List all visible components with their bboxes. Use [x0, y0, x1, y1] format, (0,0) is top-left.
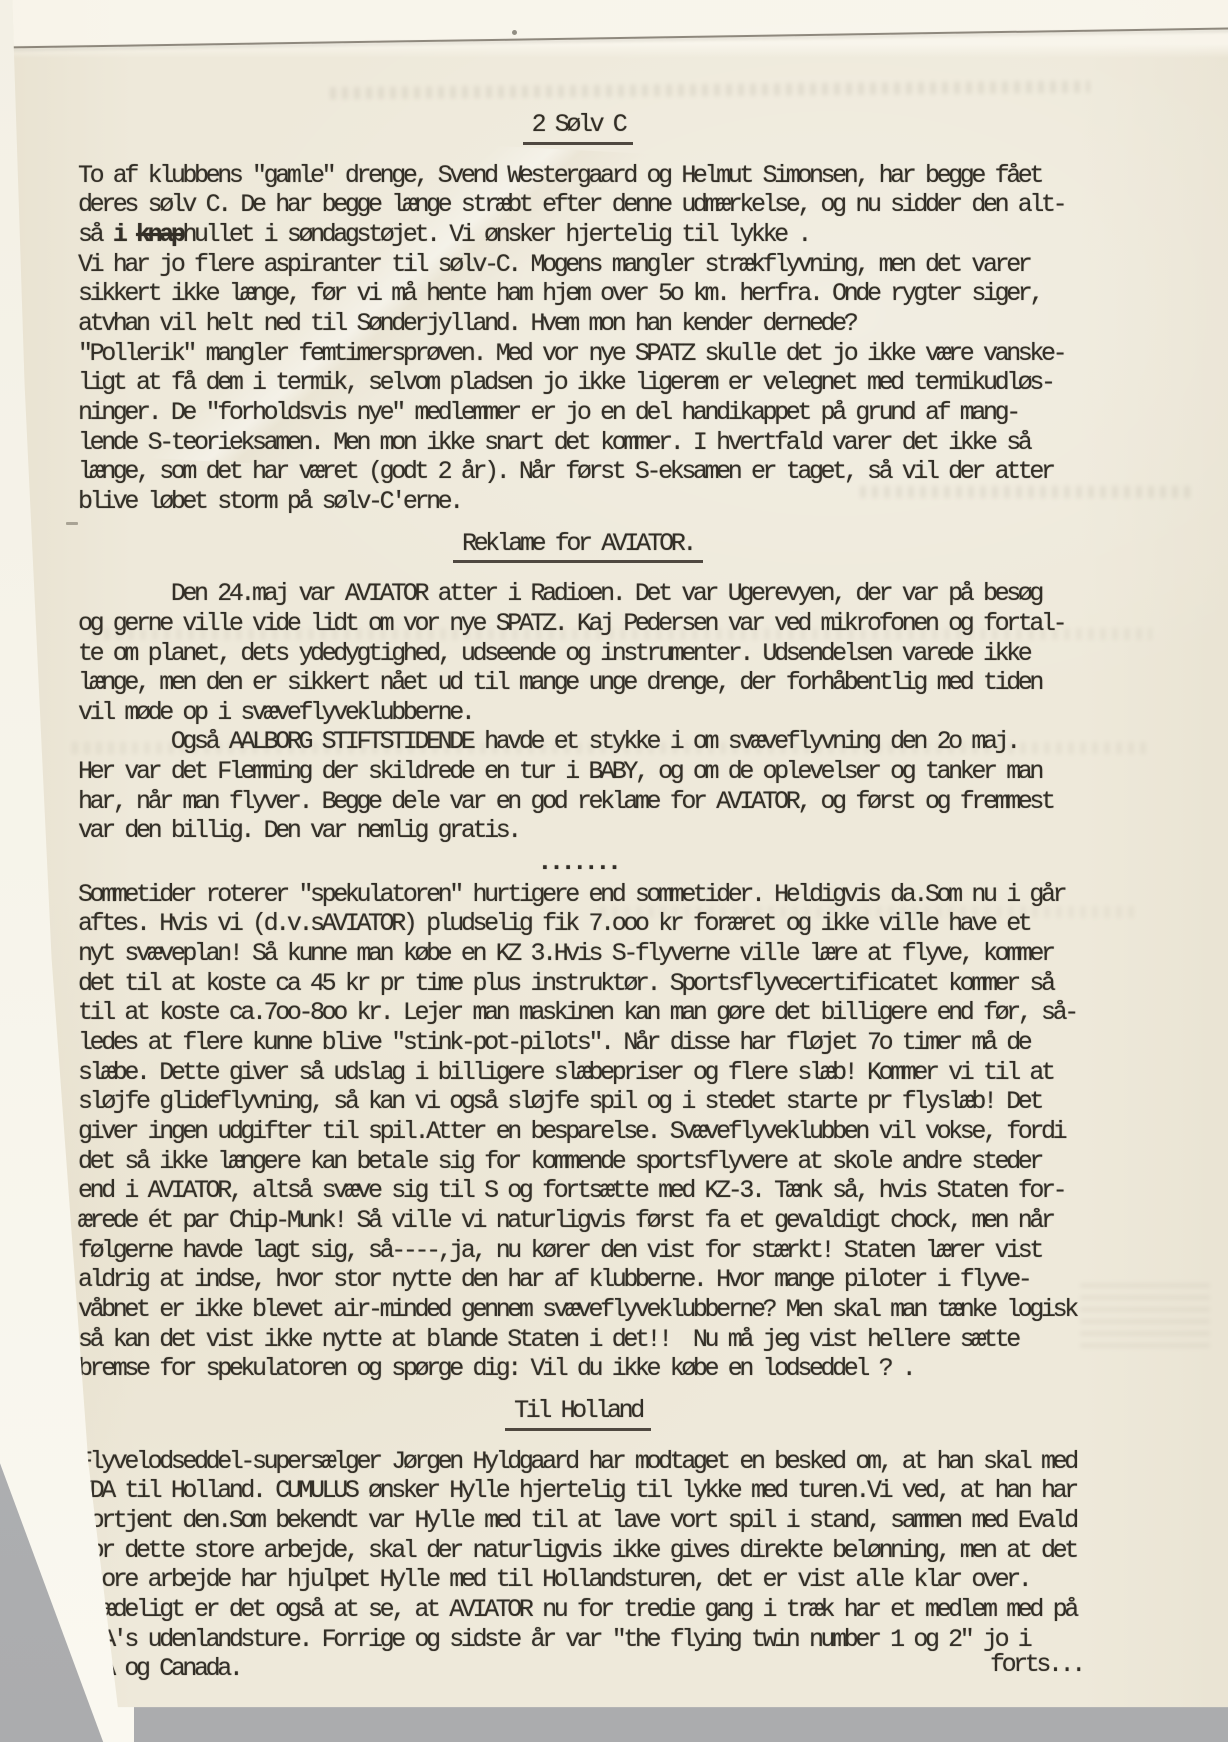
- text-line: bremse for spekulatoren og spørge dig: V…: [78, 1354, 1078, 1384]
- text-segment: så: [78, 220, 113, 249]
- text-line: Her var det Flemming der skildrede en tu…: [78, 757, 1078, 787]
- paper-sheet: 2 Sølv CTo af klubbens "gamle" drenge, S…: [0, 0, 1228, 1742]
- text-line: vil møde op i svæveflyveklubberne.: [78, 698, 1078, 728]
- section-heading-text: 2 Sølv C: [523, 110, 634, 145]
- text-line: slæbe. Dette giver så udslag i billigere…: [78, 1058, 1078, 1088]
- text-line: ligt at få dem i termik, selvom pladsen …: [78, 368, 1078, 398]
- text-line: ærede ét par Chip-Munk! Så ville vi natu…: [78, 1206, 1078, 1236]
- text-line: KDA's udenlandsture. Forrige og sidste å…: [78, 1625, 1078, 1655]
- paragraph: Den 24.maj var AVIATOR atter i Radioen. …: [78, 579, 1078, 846]
- text-line: giver ingen udgifter til spil.Atter en b…: [78, 1117, 1078, 1147]
- text-line: aldrig at indse, hvor stor nytte den har…: [78, 1265, 1078, 1295]
- section-heading-text: Reklame for AVIATOR.: [453, 529, 703, 564]
- dots-separator: .......: [78, 848, 1078, 878]
- text-line: sløjfe glideflyvning, så kan vi også slø…: [78, 1087, 1078, 1117]
- text-line: Også AALBORG STIFTSTIDENDE havde et styk…: [78, 727, 1078, 757]
- paragraph: Flyvelodseddel-supersælger Jørgen Hyldga…: [78, 1447, 1078, 1684]
- text-line: lende S-teorieksamen. Men mon ikke snart…: [78, 428, 1078, 458]
- text-line: To af klubbens "gamle" drenge, Svend Wes…: [78, 161, 1078, 191]
- text-line: og gerne ville vide lidt om vor nye SPAT…: [78, 609, 1078, 639]
- text-line: var den billig. Den var nemlig gratis.: [78, 816, 1078, 846]
- text-line: USA og Canada.: [78, 1654, 1078, 1684]
- section-heading-text: Til Holland: [505, 1396, 651, 1431]
- text-line: fortjent den.Som bekendt var Hylle med t…: [78, 1506, 1078, 1536]
- section-heading: Til Holland: [78, 1396, 1078, 1431]
- text-line: det til at koste ca 45 kr pr time plus i…: [78, 969, 1078, 999]
- text-line: ledes at flere kunne blive "stink-pot-pi…: [78, 1028, 1078, 1058]
- continuation-note: forts...: [990, 1650, 1083, 1680]
- text-line: deres sølv C. De har begge længe stræbt …: [78, 190, 1078, 220]
- text-line: nyt svæveplan! Så kunne man købe en KZ 3…: [78, 939, 1078, 969]
- text-line: atvhan vil helt ned til Sønderjylland. H…: [78, 309, 1078, 339]
- text-line: våbnet er ikke blevet air-minded gennem …: [78, 1295, 1078, 1325]
- ink-speck: [512, 30, 517, 35]
- text-line: end i AVIATOR, altså svæve sig til S og …: [78, 1176, 1078, 1206]
- overstruck-text: knap: [136, 220, 182, 249]
- text-line: længe, som det har været (godt 2 år). Nå…: [78, 457, 1078, 487]
- text-line: blive løbet storm på sølv-C'erne.: [78, 487, 1078, 517]
- text-line: til at koste ca.7oo-8oo kr. Lejer man ma…: [78, 998, 1078, 1028]
- text-line: aftes. Hvis vi (d.v.sAVIATOR) pludselig …: [78, 909, 1078, 939]
- text-line: Vi har jo flere aspiranter til sølv-C. M…: [78, 250, 1078, 280]
- section-heading: Reklame for AVIATOR.: [78, 529, 1078, 564]
- text-line: Flyvelodseddel-supersælger Jørgen Hyldga…: [78, 1447, 1078, 1477]
- overstruck-text: i: [113, 220, 136, 249]
- text-line: længe, men den er sikkert nået ud til ma…: [78, 668, 1078, 698]
- text-line: så i knaphullet i søndagstøjet. Vi ønske…: [78, 220, 1078, 250]
- text-line: Den 24.maj var AVIATOR atter i Radioen. …: [78, 579, 1078, 609]
- text-line: ninger. De "forholdsvis nye" medlemmer e…: [78, 398, 1078, 428]
- paragraph: Sommetider roterer "spekulatoren" hurtig…: [78, 880, 1078, 1384]
- ink-speck: [66, 522, 78, 525]
- text-line: sikkert ikke længe, før vi må hente ham …: [78, 279, 1078, 309]
- bleedthrough-smudge: [330, 81, 1090, 100]
- text-line: Glædeligt er det også at se, at AVIATOR …: [78, 1595, 1078, 1625]
- section-heading: 2 Sølv C: [78, 110, 1078, 145]
- text-line: For dette store arbejde, skal der naturl…: [78, 1536, 1078, 1566]
- paragraph: To af klubbens "gamle" drenge, Svend Wes…: [78, 161, 1078, 517]
- scanned-page: 2 Sølv CTo af klubbens "gamle" drenge, S…: [0, 0, 1228, 1742]
- text-line: Sommetider roterer "spekulatoren" hurtig…: [78, 880, 1078, 910]
- text-line: så kan det vist ikke nytte at blande Sta…: [78, 1325, 1078, 1355]
- document-body: 2 Sølv CTo af klubbens "gamle" drenge, S…: [78, 110, 1078, 1684]
- text-line: te om planet, dets ydedygtighed, udseend…: [78, 639, 1078, 669]
- text-segment: hullet i søndagstøjet. Vi ønsker hjertel…: [182, 220, 809, 249]
- text-line: følgerne havde lagt sig, så----,ja, nu k…: [78, 1236, 1078, 1266]
- paper-fold-line: [0, 27, 1228, 49]
- bleedthrough-smudge: [1080, 1276, 1210, 1348]
- text-line: "Pollerik" mangler femtimersprøven. Med …: [78, 339, 1078, 369]
- text-line: det så ikke længere kan betale sig for k…: [78, 1147, 1078, 1177]
- text-line: KDA til Holland. CUMULUS ønsker Hylle hj…: [78, 1476, 1078, 1506]
- text-line: store arbejde har hjulpet Hylle med til …: [78, 1565, 1078, 1595]
- text-line: har, når man flyver. Begge dele var en g…: [78, 787, 1078, 817]
